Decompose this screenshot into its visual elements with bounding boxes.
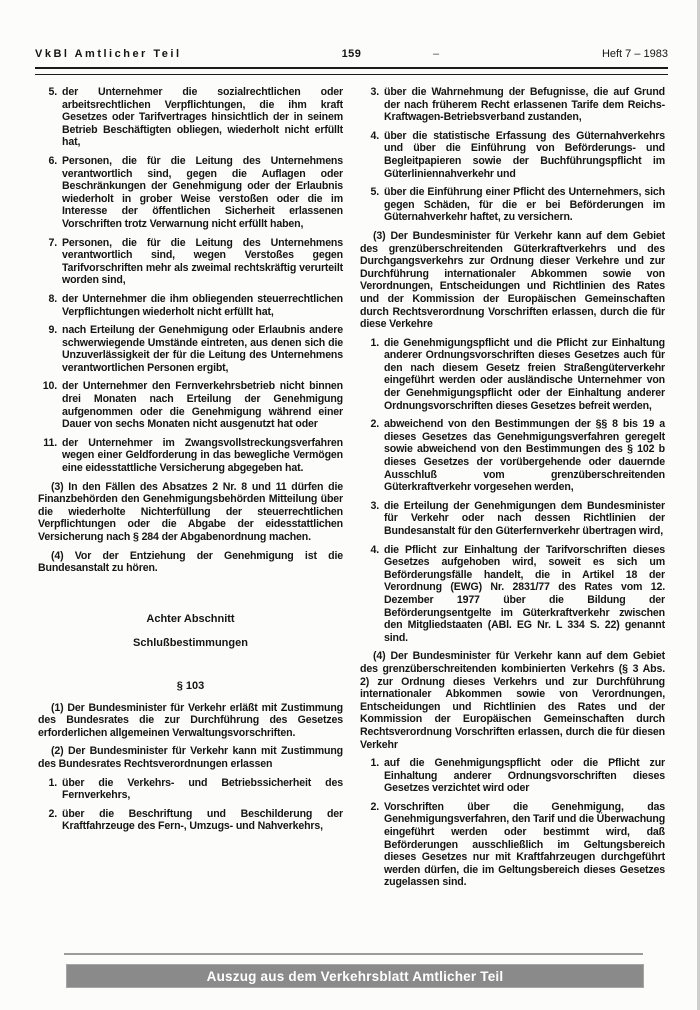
list-item: 3. über die Wahrnehmung der Befugnisse, … — [360, 86, 665, 124]
left-column: 5. der Unternehmer die sozialrechtlichen… — [38, 86, 343, 895]
spacer — [38, 650, 343, 680]
list-item-number: 3. — [360, 500, 384, 538]
list-item-number: 5. — [38, 86, 62, 149]
list-item: 3. die Erteilung der Genehmigungen dem B… — [360, 500, 665, 538]
list-item-text: die Pflicht zur Einhaltung der Tarifvors… — [384, 544, 665, 645]
list-item-number: 3. — [360, 86, 384, 124]
footer-rule — [64, 953, 643, 955]
list-item: 4. über die statistische Erfassung des G… — [360, 130, 665, 180]
list-item-text: abweichend von den Bestimmungen der §§ 8… — [384, 418, 665, 494]
list-item-text: auf die Genehmigungspflicht oder die Pfl… — [384, 757, 665, 795]
list-item-text: über die Wahrnehmung der Befugnisse, die… — [384, 86, 665, 124]
list-item-text: die Erteilung der Genehmigungen dem Bund… — [384, 500, 665, 538]
list-item-number: 4. — [360, 130, 384, 180]
revocation-grounds-list: 5. der Unternehmer die sozialrechtlichen… — [38, 86, 343, 475]
spacer — [38, 625, 343, 637]
list-item-text: nach Erteilung der Genehmigung oder Erla… — [62, 324, 343, 374]
text-columns: 5. der Unternehmer die sozialrechtlichen… — [38, 86, 666, 895]
list-item: 11. der Unternehmer im Zwangsvollstrecku… — [38, 437, 343, 475]
list-item: 2. abweichend von den Bestimmungen der §… — [360, 418, 665, 494]
list-item-text: über die Beschriftung und Beschilderung … — [62, 808, 343, 833]
list-item-number: 1. — [360, 337, 384, 413]
header-rule — [35, 67, 668, 75]
page-header: VkBl Amtlicher Teil 159 – Heft 7 – 1983 — [35, 48, 668, 64]
list-item-text: Personen, die für die Leitung des Untern… — [62, 237, 343, 287]
list-item: 1. über die Verkehrs- und Betriebssicher… — [38, 777, 343, 802]
list-item: 8. der Unternehmer die ihm obliegenden s… — [38, 293, 343, 318]
list-item-number: 2. — [360, 418, 384, 494]
list-item-number: 1. — [360, 757, 384, 795]
spacer — [38, 693, 343, 702]
spacer — [38, 581, 343, 613]
header-issue-label: Heft 7 – 1983 — [602, 48, 668, 60]
paragraph-2: (2) Der Bundesminister für Verkehr kann … — [38, 745, 343, 770]
paragraph-3-right: (3) Der Bundesminister für Verkehr kann … — [360, 230, 665, 331]
section-heading: Achter Abschnitt — [38, 613, 343, 626]
combined-transport-list: 1. auf die Genehmigungspflicht oder die … — [360, 757, 665, 889]
scanned-gazette-page: VkBl Amtlicher Teil 159 – Heft 7 – 1983 … — [0, 0, 700, 1010]
list-item-number: 1. — [38, 777, 62, 802]
list-item: 7. Personen, die für die Leitung des Unt… — [38, 237, 343, 287]
ordinance-list-right: 3. über die Wahrnehmung der Befugnisse, … — [360, 86, 665, 224]
list-item-text: Personen, die für die Leitung des Untern… — [62, 155, 343, 231]
list-item-text: der Unternehmer die ihm obliegenden steu… — [62, 293, 343, 318]
list-item-number: 2. — [38, 808, 62, 833]
list-item-text: der Unternehmer die sozialrechtlichen od… — [62, 86, 343, 149]
paragraph-3: (3) In den Fällen des Absatzes 2 Nr. 8 u… — [38, 481, 343, 544]
footer-banner: Auszug aus dem Verkehrsblatt Amtlicher T… — [67, 965, 643, 987]
list-item-number: 5. — [360, 186, 384, 224]
list-item: 1. auf die Genehmigungspflicht oder die … — [360, 757, 665, 795]
header-page-number: 159 — [35, 48, 668, 60]
list-item: 6. Personen, die für die Leitung des Unt… — [38, 155, 343, 231]
list-item: 1. die Genehmigungspflicht und die Pflic… — [360, 337, 665, 413]
list-item: 4. die Pflicht zur Einhaltung der Tarifv… — [360, 544, 665, 645]
list-item-text: der Unternehmer den Fernverkehrsbetrieb … — [62, 380, 343, 430]
list-item-number: 4. — [360, 544, 384, 645]
list-item: 2. Vorschriften über die Genehmigung, da… — [360, 801, 665, 889]
list-item-number: 7. — [38, 237, 62, 287]
list-item-text: der Unternehmer im Zwangsvollstreckungsv… — [62, 437, 343, 475]
list-item-number: 9. — [38, 324, 62, 374]
list-item-number: 10. — [38, 380, 62, 430]
header-center-dash: – — [433, 48, 439, 60]
list-item: 10. der Unternehmer den Fernverkehrsbetr… — [38, 380, 343, 430]
right-column: 3. über die Wahrnehmung der Befugnisse, … — [360, 86, 665, 895]
ordinance-list-left: 1. über die Verkehrs- und Betriebssicher… — [38, 777, 343, 833]
provision-list: 1. die Genehmigungspflicht und die Pflic… — [360, 337, 665, 645]
list-item-number: 8. — [38, 293, 62, 318]
list-item-number: 2. — [360, 801, 384, 889]
list-item: 2. über die Beschriftung und Beschilderu… — [38, 808, 343, 833]
list-item: 5. der Unternehmer die sozialrechtlichen… — [38, 86, 343, 149]
list-item-text: über die Einführung einer Pflicht des Un… — [384, 186, 665, 224]
list-item-number: 6. — [38, 155, 62, 231]
list-item: 5. über die Einführung einer Pflicht des… — [360, 186, 665, 224]
list-item-text: über die Verkehrs- und Betriebssicherhei… — [62, 777, 343, 802]
footer-caption: Auszug aus dem Verkehrsblatt Amtlicher T… — [207, 969, 504, 984]
section-subheading: Schlußbestimmungen — [38, 637, 343, 650]
list-item-text: Vorschriften über die Genehmigung, das G… — [384, 801, 665, 889]
list-item: 9. nach Erteilung der Genehmigung oder E… — [38, 324, 343, 374]
paragraph-4: (4) Vor der Entziehung der Genehmigung i… — [38, 550, 343, 575]
list-item-number: 11. — [38, 437, 62, 475]
list-item-text: über die statistische Erfassung des Güte… — [384, 130, 665, 180]
section-mark: § 103 — [38, 680, 343, 693]
paragraph-4-right: (4) Der Bundesminister für Verkehr kann … — [360, 650, 665, 751]
list-item-text: die Genehmigungspflicht und die Pflicht … — [384, 337, 665, 413]
paragraph-1: (1) Der Bundesminister für Verkehr erläß… — [38, 702, 343, 740]
